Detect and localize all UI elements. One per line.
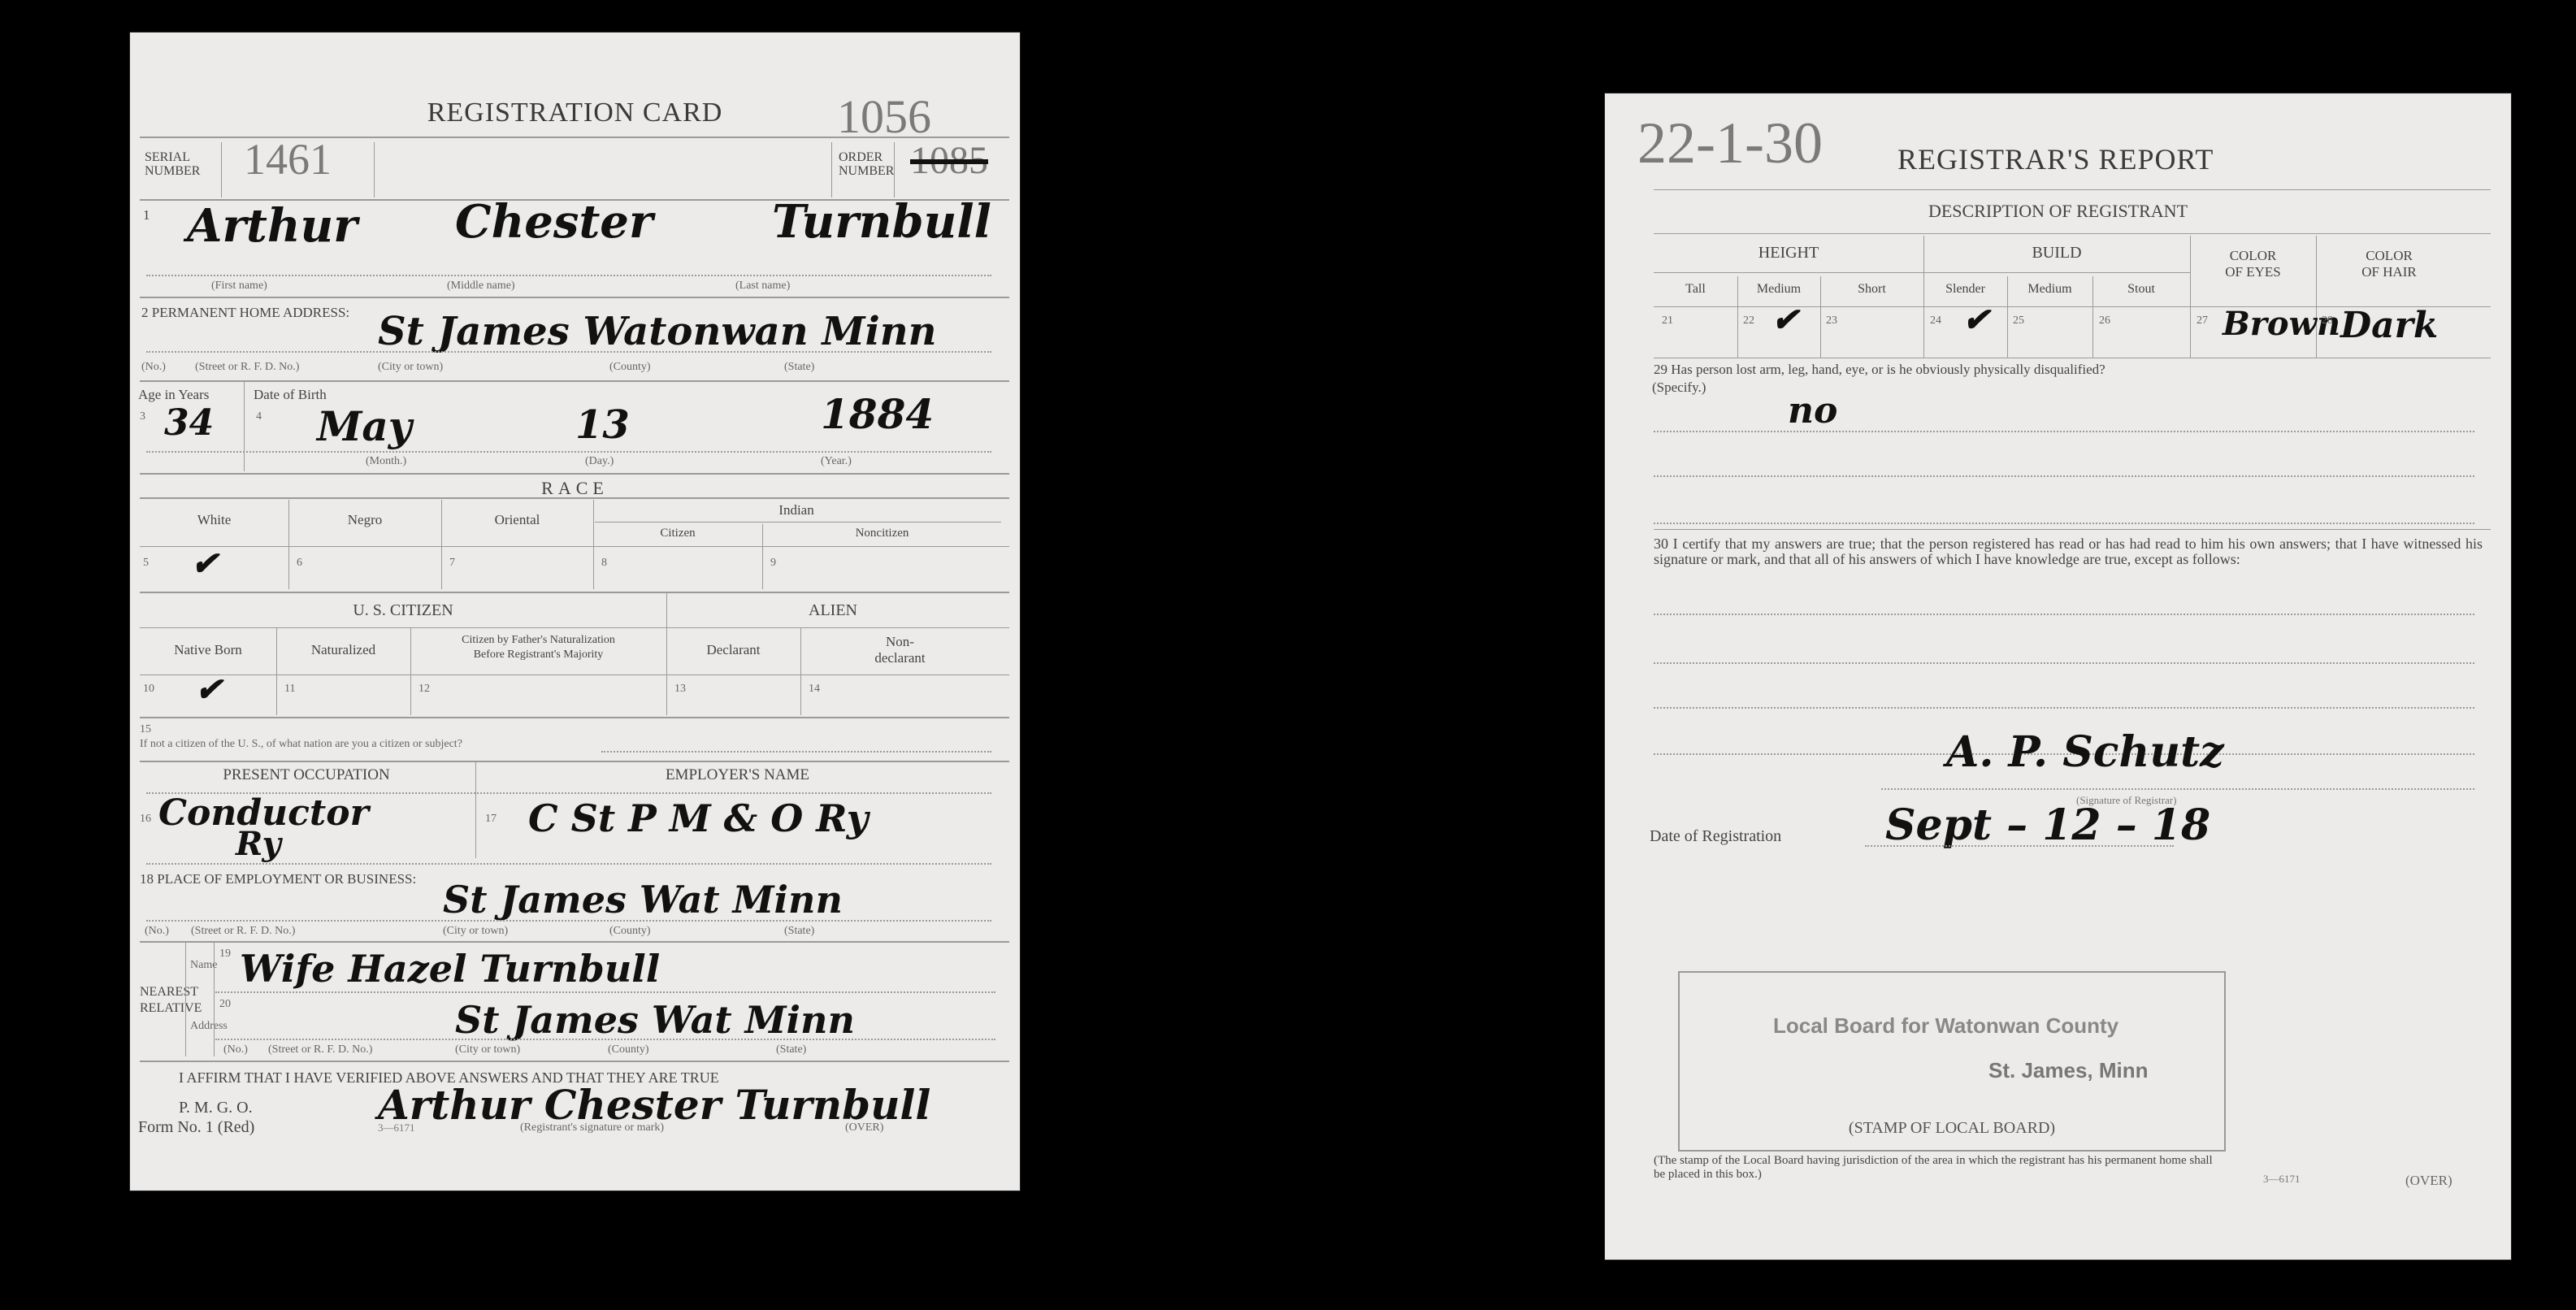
field-number: 21: [1662, 314, 1673, 327]
dob-caption-month: (Month.): [366, 455, 406, 468]
dotted-line: [1654, 662, 2474, 664]
field-number: 4: [256, 410, 262, 423]
dotted-line: [215, 991, 995, 993]
field-number: 22: [1743, 314, 1754, 327]
address-caption-city: (City or town): [455, 1043, 520, 1056]
field-number: 1: [143, 207, 150, 223]
stamped-number: 22-1-30: [1637, 110, 1823, 177]
race-negro-label: Negro: [288, 512, 441, 528]
registrar-certification-text: 30 I certify that my answers are true; t…: [1654, 536, 2483, 567]
physical-disqualification-question: 29 Has person lost arm, leg, hand, eye, …: [1654, 362, 2105, 378]
order-number-label: ORDER NUMBER: [839, 150, 896, 178]
field-number: 25: [2013, 314, 2024, 327]
nearest-relative-label-1: NEAREST: [140, 985, 198, 1000]
serial-number-label: SERIAL NUMBER: [145, 150, 218, 178]
local-board-stamp-box: Local Board for Watonwan County St. Jame…: [1678, 971, 2226, 1152]
divider: [1654, 233, 2491, 234]
field-number: 24: [1930, 314, 1941, 327]
address-caption-street: (Street or R. F. D. No.): [268, 1043, 372, 1056]
dotted-line: [1865, 845, 2174, 847]
divider: [214, 943, 215, 1056]
divider: [185, 943, 186, 1056]
divider: [140, 627, 1009, 628]
hair-color-heading-1: COLOR: [2316, 248, 2462, 264]
divider: [140, 675, 1009, 675]
signature-caption: (Registrant's signature or mark): [520, 1121, 664, 1134]
divider: [221, 142, 222, 197]
height-medium-label: Medium: [1737, 282, 1820, 297]
hair-color-value: Dark: [2340, 305, 2438, 346]
registrar-signature: A. P. Schutz: [1946, 727, 2224, 777]
us-citizen-heading: U. S. CITIZEN: [140, 601, 666, 620]
declarant-label: Declarant: [666, 642, 800, 658]
last-name: Turnbull: [772, 195, 991, 249]
dotted-line: [1654, 475, 2474, 477]
dob-caption-year: (Year.): [821, 455, 852, 468]
print-code: 3—6171: [2263, 1173, 2301, 1186]
place-of-employment-label: 18 PLACE OF EMPLOYMENT OR BUSINESS:: [140, 871, 416, 887]
relative-address-value: St James Wat Minn: [455, 998, 855, 1042]
occupation-value-line2: Ry: [236, 825, 281, 863]
date-of-registration-label: Date of Registration: [1650, 827, 1781, 846]
divider: [894, 142, 895, 197]
date-of-registration-value: Sept – 12 – 18: [1885, 800, 2210, 850]
field-number: 20: [219, 998, 231, 1011]
dotted-line: [1654, 707, 2474, 709]
address-caption-no: (No.): [141, 361, 166, 374]
height-tall-label: Tall: [1654, 282, 1737, 297]
stamp-note: (The stamp of the Local Board having jur…: [1654, 1154, 2223, 1182]
race-indian-noncitizen-label: Noncitizen: [762, 527, 1002, 540]
stamp-line-1: Local Board for Watonwan County: [1773, 1013, 2118, 1039]
race-heading: RACE: [130, 478, 1020, 499]
dotted-line: [146, 275, 991, 276]
height-short-label: Short: [1820, 282, 1923, 297]
address-caption-state: (State): [776, 1043, 806, 1056]
field-number: 15: [140, 723, 151, 736]
divider: [140, 941, 1009, 943]
native-born-label: Native Born: [140, 642, 276, 658]
field-number: 12: [418, 683, 430, 696]
over-label: (OVER): [845, 1121, 883, 1134]
relative-address-label: Address: [190, 1020, 228, 1033]
middle-name: Chester: [455, 195, 653, 249]
physical-disqualification-answer: no: [1788, 390, 1837, 432]
specify-label: (Specify.): [1652, 380, 1706, 396]
dotted-line: [146, 351, 991, 353]
field-number: 5: [143, 557, 149, 570]
stamped-number: 1056: [837, 89, 931, 144]
dob-caption-day: (Day.): [585, 455, 614, 468]
first-name-caption: (First name): [211, 280, 267, 293]
field-number: 10: [143, 683, 154, 696]
home-address-value: St James Watonwan Minn: [378, 309, 937, 354]
field-number: 6: [297, 557, 302, 570]
last-name-caption: (Last name): [735, 280, 790, 293]
dotted-line: [1654, 431, 2474, 432]
dob-year: 1884: [821, 390, 934, 438]
age-label: Age in Years: [138, 387, 209, 403]
print-code: 3—6171: [378, 1121, 415, 1134]
dob-day: 13: [575, 402, 630, 448]
dotted-line: [601, 751, 991, 753]
build-slender-checkmark: ✔: [1962, 301, 1990, 339]
address-caption-state: (State): [784, 361, 814, 374]
description-heading: DESCRIPTION OF REGISTRANT: [1605, 201, 2511, 222]
divider: [140, 761, 1009, 762]
divider: [140, 592, 1009, 593]
eye-color-heading-2: OF EYES: [2190, 264, 2316, 280]
divider: [140, 1061, 1009, 1062]
occupation-heading: PRESENT OCCUPATION: [140, 766, 473, 784]
race-oriental-label: Oriental: [441, 512, 593, 528]
divider: [1654, 529, 2491, 530]
form-id-number: Form No. 1 (Red): [138, 1118, 254, 1137]
divider: [244, 382, 245, 471]
address-caption-city: (City or town): [443, 925, 508, 938]
address-caption-city: (City or town): [378, 361, 443, 374]
address-caption-no: (No.): [223, 1043, 248, 1056]
alien-heading: ALIEN: [666, 601, 1000, 620]
place-of-employment-value: St James Wat Minn: [443, 878, 843, 922]
divider: [1654, 189, 2491, 190]
dotted-line: [146, 451, 991, 453]
field-number: 7: [449, 557, 455, 570]
home-address-label: 2 PERMANENT HOME ADDRESS:: [141, 305, 349, 321]
dob-label: Date of Birth: [254, 387, 327, 403]
citizen-by-father-label-1: Citizen by Father's Naturalization: [410, 634, 666, 647]
over-label: (OVER): [2405, 1173, 2452, 1189]
field-number: 16: [140, 813, 151, 826]
field-number: 19: [219, 948, 231, 961]
divider: [140, 380, 1009, 382]
address-caption-street: (Street or R. F. D. No.): [195, 361, 299, 374]
employer-value: C St P M & O Ry: [528, 796, 868, 840]
dotted-line: [146, 863, 991, 865]
serial-number: 1461: [244, 134, 332, 184]
address-caption-county: (County): [608, 1043, 649, 1056]
divider: [1654, 358, 2491, 358]
race-indian-label: Indian: [593, 502, 1000, 518]
divider: [1654, 272, 2190, 273]
stamp-caption: (STAMP OF LOCAL BOARD): [1680, 1119, 2224, 1138]
divider: [140, 546, 1009, 547]
employer-heading: EMPLOYER'S NAME: [475, 766, 1000, 784]
build-medium-label: Medium: [2007, 282, 2092, 297]
nearest-relative-label-2: RELATIVE: [140, 1001, 202, 1016]
address-caption-street: (Street or R. F. D. No.): [191, 925, 295, 938]
field-number: 3: [140, 410, 145, 423]
field-number: 17: [485, 813, 497, 826]
dotted-line: [215, 1039, 995, 1040]
divider: [140, 473, 1009, 475]
divider: [374, 142, 375, 197]
dotted-line: [146, 920, 991, 922]
field-number: 14: [809, 683, 820, 696]
field-number: 11: [284, 683, 295, 696]
middle-name-caption: (Middle name): [447, 280, 515, 293]
field-number: 23: [1826, 314, 1837, 327]
field-number: 13: [674, 683, 686, 696]
citizen-by-father-label-2: Before Registrant's Majority: [410, 648, 666, 662]
build-heading: BUILD: [1923, 244, 2190, 262]
field-number: 8: [601, 557, 607, 570]
divider: [140, 497, 1009, 499]
dob-month: May: [317, 402, 412, 450]
address-caption-county: (County): [609, 361, 651, 374]
dotted-line: [1654, 523, 2474, 524]
build-stout-label: Stout: [2092, 282, 2190, 297]
dotted-line: [1654, 614, 2474, 615]
eye-color-heading-1: COLOR: [2190, 248, 2316, 264]
registrars-report-card: 22-1-30 REGISTRAR'S REPORT DESCRIPTION O…: [1605, 93, 2511, 1260]
field-number: 27: [2197, 314, 2208, 327]
form-id-pmgo: P. M. G. O.: [179, 1099, 253, 1117]
address-caption-no: (No.): [145, 925, 169, 938]
race-indian-citizen-label: Citizen: [593, 527, 762, 540]
stamp-line-2: St. James, Minn: [1988, 1058, 2149, 1083]
order-number-struck: 1085: [910, 138, 988, 183]
divider: [140, 297, 1009, 298]
field-number: 9: [770, 557, 776, 570]
report-title: REGISTRAR'S REPORT: [1897, 142, 2214, 176]
native-born-checkmark: ✔: [195, 670, 223, 709]
address-caption-county: (County): [609, 925, 651, 938]
field-number: 28: [2322, 314, 2333, 327]
divider: [831, 142, 832, 197]
age-value: 34: [164, 402, 214, 444]
field-number: 26: [2099, 314, 2110, 327]
divider: [140, 717, 1009, 718]
naturalized-label: Naturalized: [276, 642, 410, 658]
relative-name-value: Wife Hazel Turnbull: [240, 947, 660, 991]
height-medium-checkmark: ✔: [1772, 301, 1799, 339]
build-slender-label: Slender: [1923, 282, 2007, 297]
divider: [475, 762, 476, 858]
race-white-label: White: [140, 512, 288, 528]
foreign-nationality-question: If not a citizen of the U. S., of what n…: [140, 738, 462, 751]
non-declarant-label-2: declarant: [800, 650, 1000, 666]
hair-color-heading-2: OF HAIR: [2316, 264, 2462, 280]
registration-card: REGISTRATION CARD 1056 SERIAL NUMBER 146…: [130, 33, 1020, 1191]
address-caption-state: (State): [784, 925, 814, 938]
divider: [595, 522, 1001, 523]
height-heading: HEIGHT: [1654, 244, 1923, 262]
first-name: Arthur: [187, 199, 358, 253]
non-declarant-label-1: Non-: [800, 634, 1000, 650]
race-white-checkmark: ✔: [191, 544, 219, 583]
dotted-line: [1881, 788, 2474, 790]
